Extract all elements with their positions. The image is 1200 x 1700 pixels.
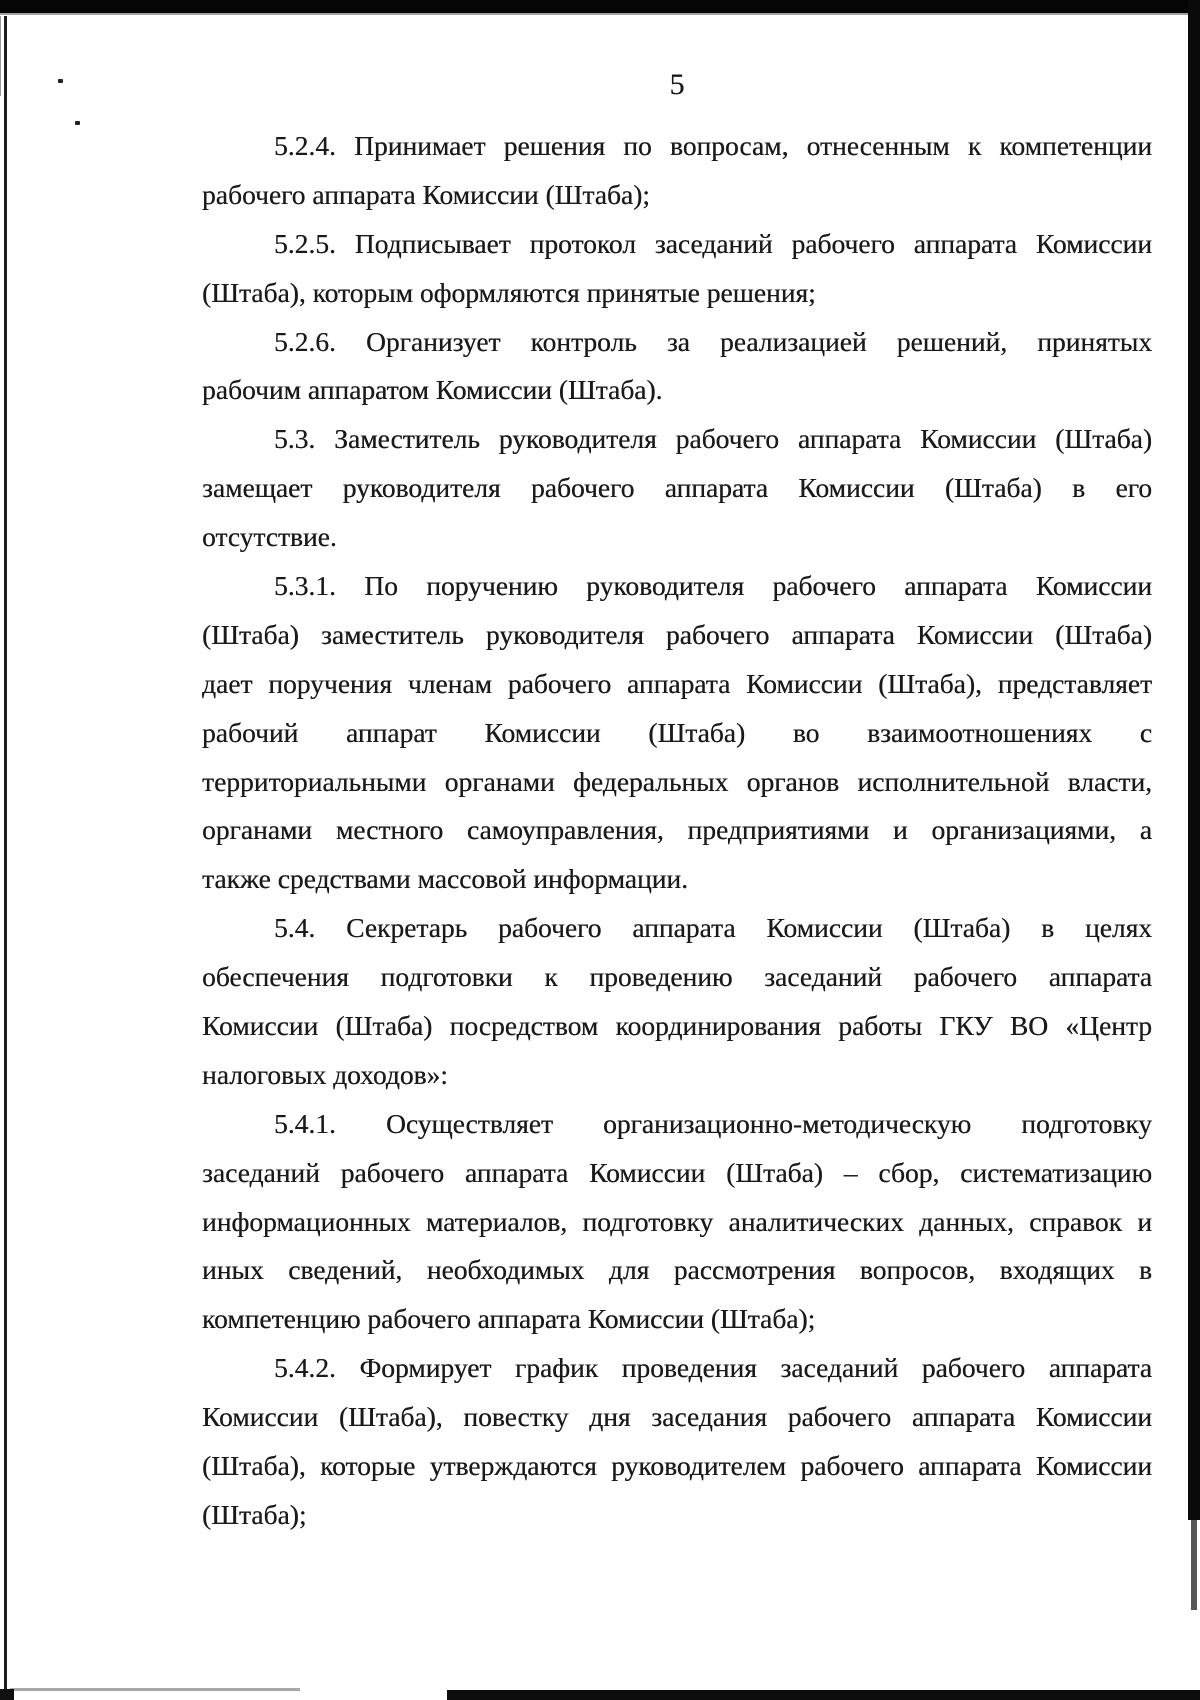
text-line: дает поручения членам рабочего аппарата … [202,660,1152,709]
text-line: замещает руководителя рабочего аппарата … [202,464,1152,513]
text-line: иных сведений, необходимых для рассмотре… [202,1246,1152,1295]
text-line: заседаний рабочего аппарата Комиссии (Шт… [202,1149,1152,1198]
text-line: 5.3.1. По поручению руководителя рабочег… [202,562,1152,611]
scan-edge-top-shadow [0,13,1200,15]
text-line: Комиссии (Штаба), повестку дня заседания… [202,1393,1152,1442]
text-line: 5.2.6. Организует контроль за реализацие… [202,318,1152,367]
scan-edge-right [1188,0,1200,1520]
text-line: органами местного самоуправления, предпр… [202,806,1152,855]
text-line: (Штаба); [202,1491,1152,1540]
scan-edge-bottom-gray [10,1688,300,1691]
page-number: 5 [202,68,1152,102]
scan-edge-left-faint [0,16,1,96]
text-line: рабочего аппарата Комиссии (Штаба); [202,171,1152,220]
text-line: (Штаба), которым оформляются принятые ре… [202,269,1152,318]
text-line: рабочим аппаратом Комиссии (Штаба). [202,366,1152,415]
text-line: обеспечения подготовки к проведению засе… [202,953,1152,1002]
scan-speck [75,121,80,125]
scan-edge-top [0,0,1200,13]
scan-speck [58,79,63,83]
text-line: 5.3. Заместитель руководителя рабочего а… [202,415,1152,464]
text-line: отсутствие. [202,513,1152,562]
text-line: (Штаба), которые утверждаются руководите… [202,1442,1152,1491]
text-line: Комиссии (Штаба) посредством координиров… [202,1002,1152,1051]
scan-edge-right-tail [1191,1520,1197,1610]
text-line: 5.2.5. Подписывает протокол заседаний ра… [202,220,1152,269]
text-line: 5.4.1. Осуществляет организационно-метод… [202,1100,1152,1149]
text-line: налоговых доходов»: [202,1051,1152,1100]
scan-edge-bottom [447,1690,1200,1700]
text-line: компетенцию рабочего аппарата Комиссии (… [202,1295,1152,1344]
text-line: 5.2.4. Принимает решения по вопросам, от… [202,122,1152,171]
document-body: 5.2.4. Принимает решения по вопросам, от… [202,122,1152,1540]
text-line: 5.4. Секретарь рабочего аппарата Комисси… [202,904,1152,953]
text-line: 5.4.2. Формирует график проведения засед… [202,1344,1152,1393]
scan-edge-bottom-corner [0,1689,14,1700]
text-line: (Штаба) заместитель руководителя рабочег… [202,611,1152,660]
text-line: информационных материалов, подготовку ан… [202,1198,1152,1247]
scanned-page: 5 5.2.4. Принимает решения по вопросам, … [0,0,1200,1700]
scan-edge-left [4,16,7,1692]
text-line: территориальными органами федеральных ор… [202,758,1152,807]
text-line: рабочий аппарат Комиссии (Штаба) во взаи… [202,709,1152,758]
text-line: также средствами массовой информации. [202,855,1152,904]
